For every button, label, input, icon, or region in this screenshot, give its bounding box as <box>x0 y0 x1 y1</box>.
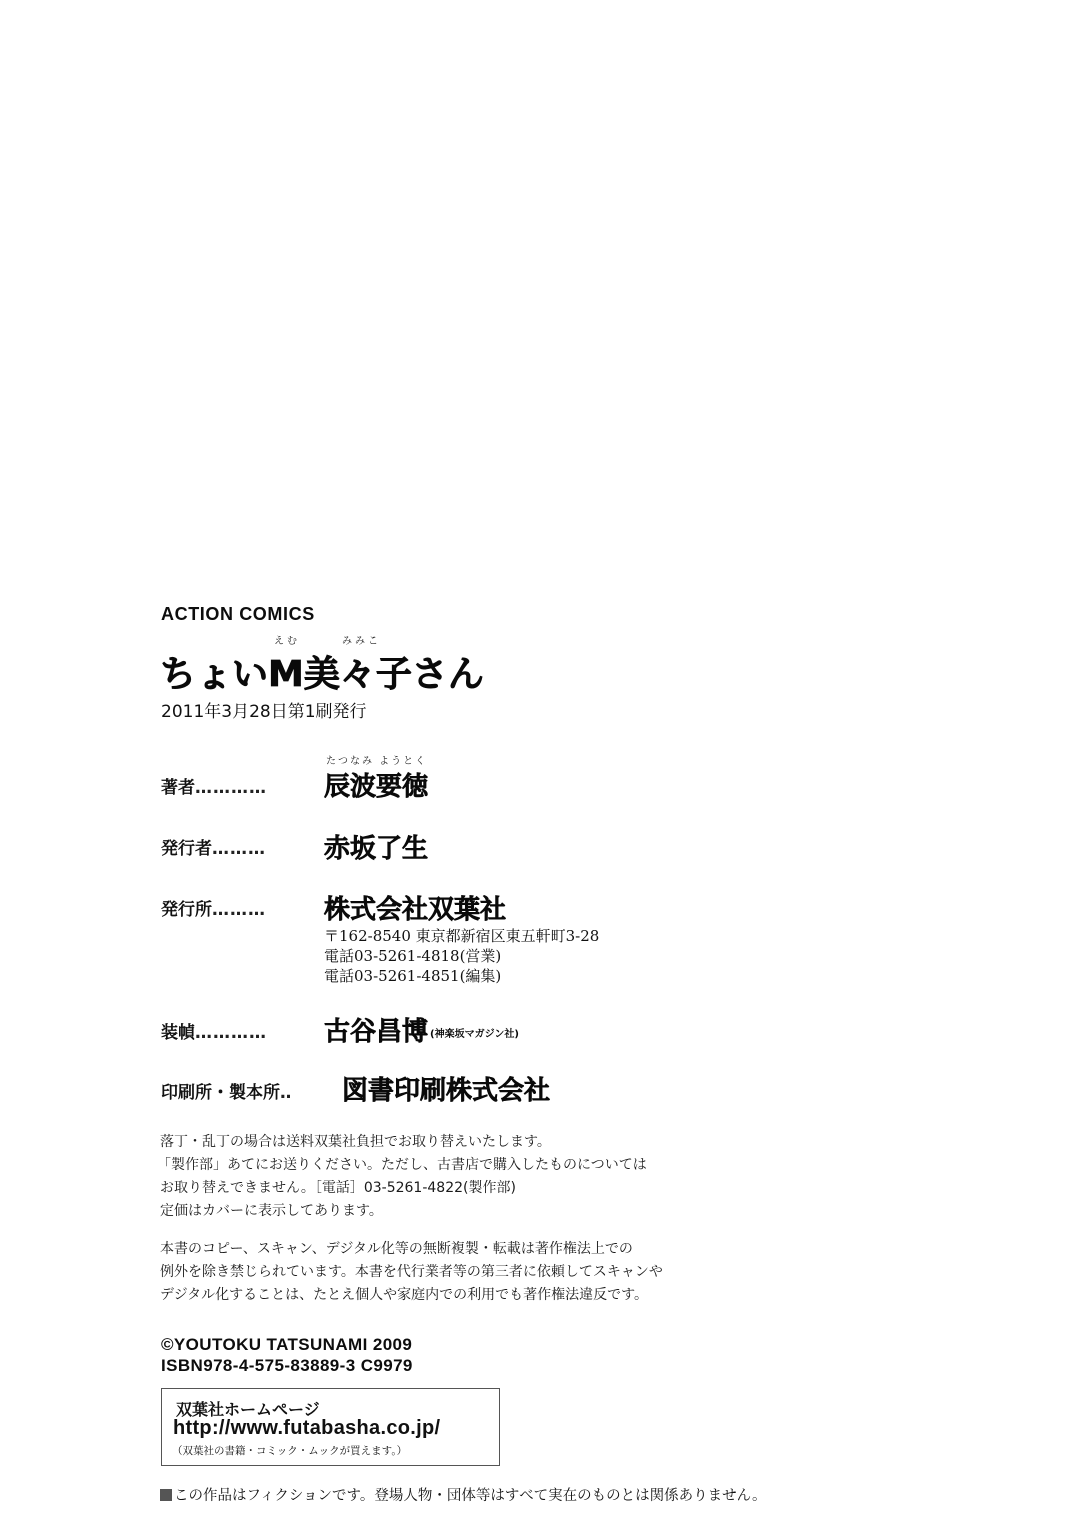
credit-label-printing: 印刷所・製本所‥ <box>161 1078 292 1103</box>
copyright-line: ©YOUTOKU TATSUNAMI 2009 <box>161 1334 413 1355</box>
homepage-url-link[interactable]: http://www.futabasha.co.jp/ <box>173 1417 440 1440</box>
square-bullet-icon <box>160 1489 172 1501</box>
title-ruby-m: えむ <box>274 632 300 647</box>
credit-label-publisher: 発行者……… <box>161 834 266 859</box>
credit-value-printing: 図書印刷株式会社 <box>342 1070 550 1107</box>
credit-value-publishing-house: 株式会社双葉社 <box>324 889 506 926</box>
credit-label-text: 著者 <box>161 778 195 798</box>
credit-value-design: 古谷昌博(神楽坂マガジン社) <box>324 1011 519 1048</box>
credit-label-text: 発行所 <box>161 900 212 920</box>
homepage-note: （双葉社の書籍・コミック・ムックが買えます。） <box>172 1443 407 1458</box>
dot-leader: ………… <box>195 778 267 798</box>
copyright-block: ©YOUTOKU TATSUNAMI 2009 ISBN978-4-575-83… <box>161 1334 413 1376</box>
publication-date: 2011年3月28日第1刷発行 <box>161 697 367 722</box>
book-title: ちょいM美々子さん <box>160 646 484 697</box>
notice-copyright-line: 本書のコピー、スキャン、デジタル化等の無断複製・転載は著作権法上での <box>160 1238 633 1261</box>
dot-leader: ‥ <box>280 1083 292 1103</box>
credit-label-author: 著者………… <box>161 773 267 798</box>
dot-leader: ……… <box>212 900 266 920</box>
dot-leader: ………… <box>195 1023 267 1043</box>
dot-leader: ……… <box>212 839 266 859</box>
series-label: ACTION COMICS <box>161 604 315 625</box>
designer-name: 古谷昌博 <box>324 1017 428 1047</box>
author-ruby: たつなみ ようとく <box>326 752 427 767</box>
notice-replacement-line: お取り替えできません。［電話］03-5261-4822(製作部) <box>160 1177 516 1200</box>
credit-label-text: 装幀 <box>161 1023 195 1043</box>
designer-affiliation: (神楽坂マガジン社) <box>430 1029 519 1040</box>
title-ruby-mimiko: みみこ <box>342 632 381 647</box>
credit-label-design: 装幀………… <box>161 1018 267 1043</box>
homepage-box: 双葉社ホームページ http://www.futabasha.co.jp/ （双… <box>161 1388 500 1466</box>
fiction-disclaimer-text: この作品はフィクションです。登場人物・団体等はすべて実在のものとは関係ありません… <box>174 1488 766 1504</box>
address-line: 〒162-8540 東京都新宿区東五軒町3-28 <box>324 926 599 946</box>
notice-replacement-line: 落丁・乱丁の場合は送料双葉社負担でお取り替えいたします。 <box>160 1131 551 1154</box>
credit-value-publisher: 赤坂了生 <box>324 828 428 865</box>
credit-value-author: 辰波要徳 <box>324 766 428 803</box>
isbn-line: ISBN978-4-575-83889-3 C9979 <box>161 1355 413 1376</box>
credit-label-publishing-house: 発行所……… <box>161 895 266 920</box>
notice-copyright-line: 例外を除き禁じられています。本書を代行業者等の第三者に依頼してスキャンや <box>160 1261 663 1284</box>
notice-copyright-line: デジタル化することは、たとえ個人や家庭内での利用でも著作権法違反です。 <box>160 1284 648 1307</box>
notice-replacement-line: 「製作部」あてにお送りください。ただし、古書店で購入したものについては <box>157 1154 647 1177</box>
notice-price: 定価はカバーに表示してあります。 <box>160 1200 383 1223</box>
credit-label-text: 印刷所・製本所 <box>161 1083 280 1103</box>
phone-editorial: 電話03-5261-4851(編集) <box>324 966 501 986</box>
fiction-disclaimer: この作品はフィクションです。登場人物・団体等はすべて実在のものとは関係ありません… <box>160 1484 766 1505</box>
credit-label-text: 発行者 <box>161 839 212 859</box>
phone-sales: 電話03-5261-4818(営業) <box>324 946 501 966</box>
